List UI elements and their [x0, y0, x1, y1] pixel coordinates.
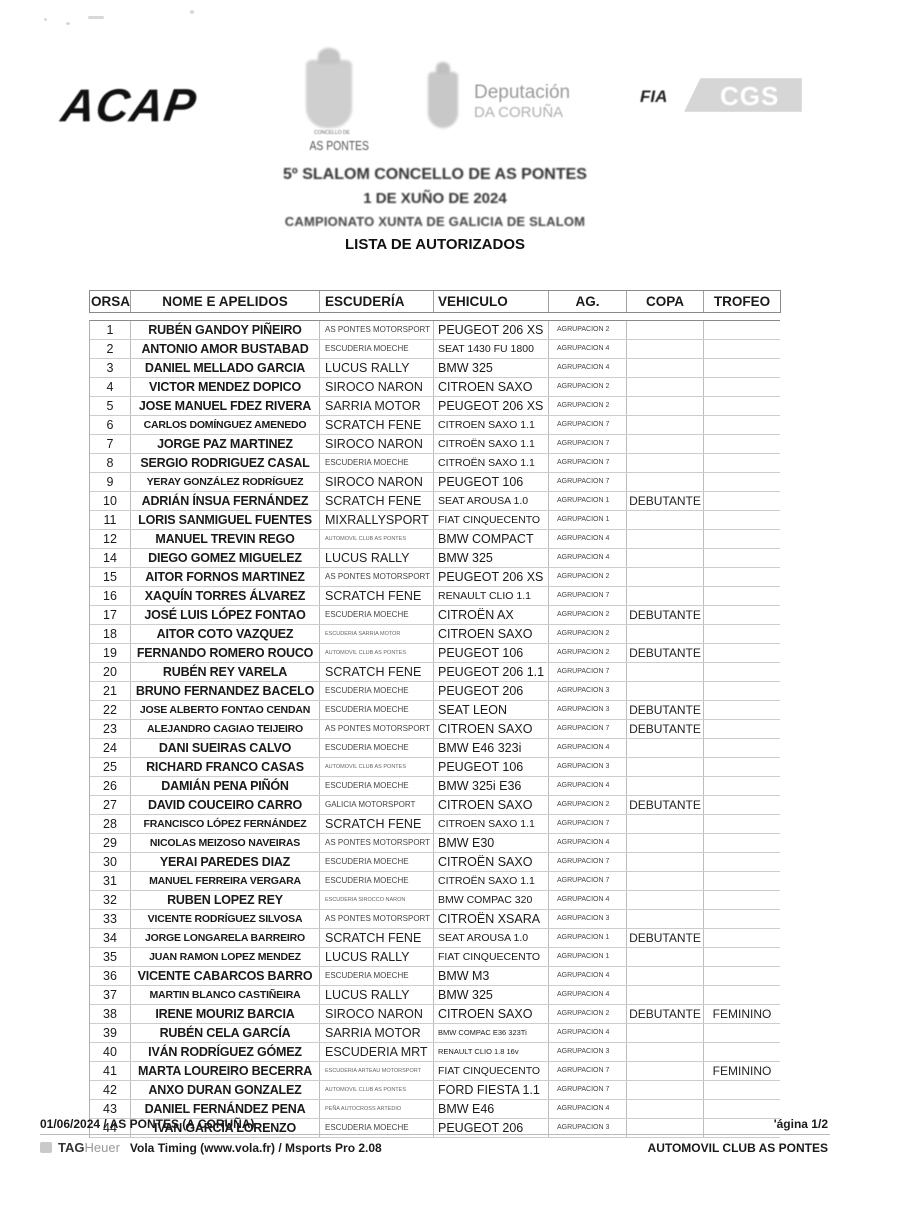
cell-group: AGRUPACION 4 — [549, 1100, 627, 1118]
cell-name: SERGIO RODRIGUEZ CASAL — [131, 454, 320, 472]
cell-vehicle: BMW 325 — [434, 359, 549, 377]
cell-orsa: 2 — [90, 340, 131, 358]
cell-vehicle: SEAT LEON — [434, 701, 549, 719]
cell-orsa: 15 — [90, 568, 131, 586]
cell-team: AS PONTES MOTORSPORT — [320, 321, 434, 339]
cell-team: ESCUDERIA MRT — [320, 1043, 434, 1061]
cell-trofeo — [704, 872, 780, 890]
cell-orsa: 24 — [90, 739, 131, 757]
cell-orsa: 18 — [90, 625, 131, 643]
cell-orsa: 34 — [90, 929, 131, 947]
cell-trofeo — [704, 967, 780, 985]
cell-name: LORIS SANMIGUEL FUENTES — [131, 511, 320, 529]
cell-team: ESCUDERIA MOECHE — [320, 701, 434, 719]
cell-team: ESCUDERIA MOECHE — [320, 340, 434, 358]
cell-team: LUCUS RALLY — [320, 359, 434, 377]
cell-group: AGRUPACION 7 — [549, 473, 627, 491]
cell-name: CARLOS DOMÍNGUEZ AMENEDO — [131, 416, 320, 434]
cell-orsa: 27 — [90, 796, 131, 814]
cell-team: LUCUS RALLY — [320, 986, 434, 1004]
table-row: 27DAVID COUCEIRO CARROGALICIA MOTORSPORT… — [90, 796, 780, 815]
deputacion-crest-icon — [428, 72, 458, 128]
cell-copa — [627, 891, 704, 909]
cell-vehicle: CITROËN SAXO 1.1 — [434, 435, 549, 453]
cell-team: SIROCO NARON — [320, 1005, 434, 1023]
cell-trofeo — [704, 1081, 780, 1099]
cell-group: AGRUPACION 2 — [549, 397, 627, 415]
table-row: 32RUBEN LOPEZ REYESCUDERIA SIROCCO NARON… — [90, 891, 780, 910]
scan-speck — [44, 18, 47, 21]
table-row: 5JOSE MANUEL FDEZ RIVERASARRIA MOTORPEUG… — [90, 397, 780, 416]
cell-name: ALEJANDRO CAGIAO TEIJEIRO — [131, 720, 320, 738]
cell-vehicle: CITROËN SAXO 1.1 — [434, 872, 549, 890]
cell-team: SIROCO NARON — [320, 378, 434, 396]
cell-vehicle: BMW E46 323i — [434, 739, 549, 757]
cell-trofeo — [704, 1024, 780, 1042]
cell-name: YERAI PAREDES DIAZ — [131, 853, 320, 871]
table-row: 40IVÁN RODRÍGUEZ GÓMEZESCUDERIA MRTRENAU… — [90, 1043, 780, 1062]
cell-name: DANIEL FERNÁNDEZ PENA — [131, 1100, 320, 1118]
cell-copa — [627, 359, 704, 377]
cell-trofeo — [704, 701, 780, 719]
cell-vehicle: SEAT AROUSA 1.0 — [434, 929, 549, 947]
cell-copa — [627, 416, 704, 434]
footer-date-place: 01/06/2024 / AS PONTES (A CORUÑA) — [40, 1117, 255, 1131]
footer-club: AUTOMOVIL CLUB AS PONTES — [648, 1141, 828, 1155]
cell-orsa: 39 — [90, 1024, 131, 1042]
table-row: 2ANTONIO AMOR BUSTABADESCUDERIA MOECHESE… — [90, 340, 780, 359]
cell-name: IRENE MOURIZ BARCIA — [131, 1005, 320, 1023]
cell-orsa: 3 — [90, 359, 131, 377]
cell-name: AITOR COTO VAZQUEZ — [131, 625, 320, 643]
cell-orsa: 43 — [90, 1100, 131, 1118]
cell-group: AGRUPACION 7 — [549, 872, 627, 890]
cell-group: AGRUPACION 7 — [549, 416, 627, 434]
cell-orsa: 37 — [90, 986, 131, 1004]
cell-team: ESCUDERIA SIROCCO NARON — [320, 891, 434, 909]
cell-copa: DEBUTANTE — [627, 606, 704, 624]
cell-team: ESCUDERIA MOECHE — [320, 682, 434, 700]
cell-trofeo — [704, 739, 780, 757]
cell-trofeo — [704, 758, 780, 776]
cell-copa — [627, 454, 704, 472]
cell-vehicle: CITROËN XSARA — [434, 910, 549, 928]
cell-copa — [627, 1100, 704, 1118]
cell-group: AGRUPACION 7 — [549, 435, 627, 453]
cell-vehicle: CITROEN SAXO 1.1 — [434, 416, 549, 434]
cell-copa: DEBUTANTE — [627, 492, 704, 510]
cell-trofeo — [704, 549, 780, 567]
table-row: 9YERAY GONZÁLEZ RODRÍGUEZSIROCO NARONPEU… — [90, 473, 780, 492]
cell-vehicle: CITROËN AX — [434, 606, 549, 624]
cell-orsa: 17 — [90, 606, 131, 624]
header-vehicle: VEHICULO — [434, 291, 549, 312]
cell-team: SIROCO NARON — [320, 473, 434, 491]
cell-group: AGRUPACION 3 — [549, 1043, 627, 1061]
tag-bold: TAG — [58, 1140, 84, 1155]
cell-team: ESCUDERIA ARTEAU MOTORSPORT — [320, 1062, 434, 1080]
cell-team: AUTOMOVIL CLUB AS PONTES — [320, 1081, 434, 1099]
cell-vehicle: PEUGEOT 206 XS — [434, 321, 549, 339]
cell-group: AGRUPACION 2 — [549, 625, 627, 643]
cell-trofeo — [704, 568, 780, 586]
cell-copa — [627, 321, 704, 339]
cell-orsa: 26 — [90, 777, 131, 795]
cell-team: SCRATCH FENE — [320, 815, 434, 833]
cell-copa — [627, 910, 704, 928]
entries-table: 1RUBÉN GANDOY PIÑEIROAS PONTES MOTORSPOR… — [89, 320, 780, 1138]
cell-trofeo — [704, 587, 780, 605]
acap-logo: ACAP — [58, 78, 200, 132]
cell-orsa: 14 — [90, 549, 131, 567]
cell-team: SCRATCH FENE — [320, 663, 434, 681]
cell-orsa: 4 — [90, 378, 131, 396]
cell-orsa: 25 — [90, 758, 131, 776]
cell-vehicle: CITROEN SAXO 1.1 — [434, 815, 549, 833]
cell-team: SIROCO NARON — [320, 435, 434, 453]
cell-group: AGRUPACION 1 — [549, 929, 627, 947]
event-date: 1 DE XUÑO DE 2024 — [0, 190, 870, 214]
cell-group: AGRUPACION 4 — [549, 967, 627, 985]
table-row: 18AITOR COTO VAZQUEZESCUDERIA SARRIA MOT… — [90, 625, 780, 644]
cell-vehicle: RENAULT CLIO 1.1 — [434, 587, 549, 605]
cell-team: ESCUDERIA MOECHE — [320, 606, 434, 624]
cell-vehicle: RENAULT CLIO 1.8 16v — [434, 1043, 549, 1061]
cell-group: AGRUPACION 2 — [549, 321, 627, 339]
cell-vehicle: BMW COMPAC E36 323Ti — [434, 1024, 549, 1042]
cell-trofeo — [704, 815, 780, 833]
cell-orsa: 11 — [90, 511, 131, 529]
table-row: 28FRANCISCO LÓPEZ FERNÁNDEZSCRATCH FENEC… — [90, 815, 780, 834]
cell-trofeo — [704, 435, 780, 453]
cell-team: ESCUDERIA MOECHE — [320, 739, 434, 757]
cell-trofeo — [704, 416, 780, 434]
cell-group: AGRUPACION 2 — [549, 1005, 627, 1023]
cell-copa — [627, 340, 704, 358]
cell-team: LUCUS RALLY — [320, 549, 434, 567]
cell-orsa: 23 — [90, 720, 131, 738]
cell-name: RUBÉN REY VARELA — [131, 663, 320, 681]
cell-vehicle: FIAT CINQUECENTO — [434, 511, 549, 529]
cell-trofeo — [704, 853, 780, 871]
cell-vehicle: BMW E46 — [434, 1100, 549, 1118]
cell-name: JORGE PAZ MARTINEZ — [131, 435, 320, 453]
cell-group: AGRUPACION 1 — [549, 948, 627, 966]
cell-copa: DEBUTANTE — [627, 720, 704, 738]
cell-name: ANXO DURAN GONZALEZ — [131, 1081, 320, 1099]
cell-copa — [627, 397, 704, 415]
scan-speck — [190, 10, 194, 14]
cell-vehicle: SEAT AROUSA 1.0 — [434, 492, 549, 510]
cell-group: AGRUPACION 4 — [549, 549, 627, 567]
cell-group: AGRUPACION 1 — [549, 492, 627, 510]
cell-copa — [627, 549, 704, 567]
cell-vehicle: CITROËN SAXO 1.1 — [434, 454, 549, 472]
cell-group: AGRUPACION 7 — [549, 853, 627, 871]
cell-copa — [627, 378, 704, 396]
cell-name: MARTIN BLANCO CASTIÑEIRA — [131, 986, 320, 1004]
cell-trofeo: FEMININO — [704, 1062, 780, 1080]
table-row: 23ALEJANDRO CAGIAO TEIJEIROAS PONTES MOT… — [90, 720, 780, 739]
cell-team: AS PONTES MOTORSPORT — [320, 834, 434, 852]
cell-vehicle: CITROEN SAXO — [434, 378, 549, 396]
deputacion-logo-line2: DA CORUÑA — [474, 104, 563, 121]
table-row: 35JUAN RAMON LOPEZ MENDEZLUCUS RALLYFIAT… — [90, 948, 780, 967]
cell-name: DAMIÁN PENA PIÑÓN — [131, 777, 320, 795]
cell-group: AGRUPACION 7 — [549, 1062, 627, 1080]
cell-orsa: 33 — [90, 910, 131, 928]
cell-trofeo — [704, 340, 780, 358]
table-row: 41MARTA LOUREIRO BECERRAESCUDERIA ARTEAU… — [90, 1062, 780, 1081]
cell-group: AGRUPACION 4 — [549, 530, 627, 548]
cell-team: ESCUDERIA MOECHE — [320, 454, 434, 472]
cell-team: PEÑA AUTOCROSS ARTEDIO — [320, 1100, 434, 1118]
cell-trofeo — [704, 321, 780, 339]
cell-name: JORGE LONGARELA BARREIRO — [131, 929, 320, 947]
cell-group: AGRUPACION 3 — [549, 682, 627, 700]
footer-page-number: 'ágina 1/2 — [774, 1117, 828, 1131]
footer-divider — [40, 1134, 830, 1135]
table-row: 3DANIEL MELLADO GARCIALUCUS RALLYBMW 325… — [90, 359, 780, 378]
cell-team: AS PONTES MOTORSPORT — [320, 910, 434, 928]
cell-team: ESCUDERIA MOECHE — [320, 872, 434, 890]
table-row: 39RUBÉN CELA GARCÍASARRIA MOTORBMW COMPA… — [90, 1024, 780, 1043]
scan-speck — [88, 16, 104, 19]
cell-name: ANTONIO AMOR BUSTABAD — [131, 340, 320, 358]
cell-group: AGRUPACION 4 — [549, 986, 627, 1004]
cell-copa — [627, 682, 704, 700]
cell-copa — [627, 758, 704, 776]
cell-name: DANI SUEIRAS CALVO — [131, 739, 320, 757]
document-titles: 5º SLALOM CONCELLO DE AS PONTES 1 DE XUÑ… — [0, 163, 870, 260]
as-pontes-crest-icon — [306, 60, 352, 128]
cell-trofeo — [704, 910, 780, 928]
table-row: 12MANUEL TREVIN REGOAUTOMOVIL CLUB AS PO… — [90, 530, 780, 549]
cell-team: LUCUS RALLY — [320, 948, 434, 966]
cell-vehicle: BMW E30 — [434, 834, 549, 852]
concello-caption: AS PONTES — [309, 138, 369, 153]
table-row: 14DIEGO GOMEZ MIGUELEZLUCUS RALLYBMW 325… — [90, 549, 780, 568]
cell-orsa: 21 — [90, 682, 131, 700]
cell-name: MANUEL FERREIRA VERGARA — [131, 872, 320, 890]
cell-trofeo — [704, 625, 780, 643]
cell-vehicle: CITROEN SAXO — [434, 625, 549, 643]
cell-name: MANUEL TREVIN REGO — [131, 530, 320, 548]
cell-trofeo: FEMININO — [704, 1005, 780, 1023]
cell-copa — [627, 1043, 704, 1061]
cell-copa — [627, 986, 704, 1004]
cell-group: AGRUPACION 4 — [549, 739, 627, 757]
event-title: 5º SLALOM CONCELLO DE AS PONTES — [0, 166, 870, 190]
cell-group: AGRUPACION 7 — [549, 1081, 627, 1099]
header-copa: COPA — [627, 291, 704, 312]
cell-orsa: 6 — [90, 416, 131, 434]
cell-group: AGRUPACION 7 — [549, 663, 627, 681]
cell-orsa: 8 — [90, 454, 131, 472]
cell-orsa: 20 — [90, 663, 131, 681]
cell-vehicle: PEUGEOT 206 XS — [434, 397, 549, 415]
cell-copa — [627, 568, 704, 586]
table-row: 22JOSE ALBERTO FONTAO CENDANESCUDERIA MO… — [90, 701, 780, 720]
table-row: 37MARTIN BLANCO CASTIÑEIRALUCUS RALLYBMW… — [90, 986, 780, 1005]
cell-name: DAVID COUCEIRO CARRO — [131, 796, 320, 814]
scan-speck — [66, 22, 70, 25]
table-row: 25RICHARD FRANCO CASASAUTOMOVIL CLUB AS … — [90, 758, 780, 777]
cell-group: AGRUPACION 4 — [549, 891, 627, 909]
cell-vehicle: BMW COMPACT — [434, 530, 549, 548]
cell-group: AGRUPACION 3 — [549, 758, 627, 776]
cell-group: AGRUPACION 4 — [549, 340, 627, 358]
cell-orsa: 7 — [90, 435, 131, 453]
table-row: 33VICENTE RODRÍGUEZ SILVOSAAS PONTES MOT… — [90, 910, 780, 929]
cell-trofeo — [704, 511, 780, 529]
cell-vehicle: FORD FIESTA 1.1 — [434, 1081, 549, 1099]
cell-team: ESCUDERIA MOECHE — [320, 967, 434, 985]
cell-trofeo — [704, 777, 780, 795]
table-row: 42ANXO DURAN GONZALEZAUTOMOVIL CLUB AS P… — [90, 1081, 780, 1100]
cgs-logo: CGS — [684, 78, 802, 112]
cell-vehicle: PEUGEOT 206 — [434, 682, 549, 700]
cell-copa — [627, 1062, 704, 1080]
deputacion-logo-line1: Deputación — [474, 82, 570, 104]
cell-trofeo — [704, 454, 780, 472]
cell-name: XAQUÍN TORRES ÁLVAREZ — [131, 587, 320, 605]
cell-group: AGRUPACION 2 — [549, 378, 627, 396]
table-row: 19FERNANDO ROMERO ROUCOAUTOMOVIL CLUB AS… — [90, 644, 780, 663]
cell-group: AGRUPACION 7 — [549, 815, 627, 833]
concello-caption-small: CONCELLO DE — [314, 130, 350, 136]
cell-name: AITOR FORNOS MARTINEZ — [131, 568, 320, 586]
table-row: 34JORGE LONGARELA BARREIROSCRATCH FENESE… — [90, 929, 780, 948]
cell-trofeo — [704, 720, 780, 738]
cell-vehicle: CITROEN SAXO — [434, 720, 549, 738]
header-trofeo: TROFEO — [704, 291, 780, 312]
header-orsa: ORSA — [90, 291, 131, 312]
cell-copa — [627, 967, 704, 985]
cell-copa — [627, 511, 704, 529]
cell-group: AGRUPACION 4 — [549, 834, 627, 852]
cell-vehicle: BMW 325 — [434, 986, 549, 1004]
cell-vehicle: PEUGEOT 206 1.1 — [434, 663, 549, 681]
cell-copa — [627, 473, 704, 491]
cell-name: RUBEN LOPEZ REY — [131, 891, 320, 909]
cell-copa: DEBUTANTE — [627, 1005, 704, 1023]
cell-name: JOSE ALBERTO FONTAO CENDAN — [131, 701, 320, 719]
cell-name: VICENTE RODRÍGUEZ SILVOSA — [131, 910, 320, 928]
cell-vehicle: BMW M3 — [434, 967, 549, 985]
cell-group: AGRUPACION 4 — [549, 359, 627, 377]
cell-team: AUTOMOVIL CLUB AS PONTES — [320, 644, 434, 662]
cell-name: ADRIÁN ÍNSUA FERNÁNDEZ — [131, 492, 320, 510]
cell-group: AGRUPACION 3 — [549, 910, 627, 928]
table-row: 29NICOLAS MEIZOSO NAVEIRASAS PONTES MOTO… — [90, 834, 780, 853]
cell-copa: DEBUTANTE — [627, 644, 704, 662]
cell-vehicle: BMW 325i E36 — [434, 777, 549, 795]
cell-group: AGRUPACION 4 — [549, 777, 627, 795]
sponsor-logos: ACAP CONCELLO DE AS PONTES Deputación DA… — [0, 40, 914, 170]
timing-software: Vola Timing (www.vola.fr) / Msports Pro … — [130, 1141, 382, 1155]
cell-copa — [627, 777, 704, 795]
cell-trofeo — [704, 644, 780, 662]
table-row: 16XAQUÍN TORRES ÁLVAREZSCRATCH FENERENAU… — [90, 587, 780, 606]
table-row: 20RUBÉN REY VARELASCRATCH FENEPEUGEOT 20… — [90, 663, 780, 682]
cell-trofeo — [704, 359, 780, 377]
cell-copa — [627, 815, 704, 833]
table-row: 10ADRIÁN ÍNSUA FERNÁNDEZSCRATCH FENESEAT… — [90, 492, 780, 511]
cell-trofeo — [704, 473, 780, 491]
table-row: 11LORIS SANMIGUEL FUENTESMIXRALLYSPORTFI… — [90, 511, 780, 530]
table-row: 4VICTOR MENDEZ DOPICOSIROCO NARONCITROEN… — [90, 378, 780, 397]
cell-name: RUBÉN GANDOY PIÑEIRO — [131, 321, 320, 339]
table-row: 36VICENTE CABARCOS BARROESCUDERIA MOECHE… — [90, 967, 780, 986]
cell-orsa: 29 — [90, 834, 131, 852]
cell-trofeo — [704, 1043, 780, 1061]
cell-orsa: 42 — [90, 1081, 131, 1099]
cell-trofeo — [704, 948, 780, 966]
cell-group: AGRUPACION 1 — [549, 511, 627, 529]
cell-copa — [627, 663, 704, 681]
cell-team: SARRIA MOTOR — [320, 1024, 434, 1042]
cell-name: YERAY GONZÁLEZ RODRÍGUEZ — [131, 473, 320, 491]
cell-trofeo — [704, 986, 780, 1004]
championship-title: CAMPIONATO XUNTA DE GALICIA DE SLALOM — [0, 214, 870, 236]
cell-group: AGRUPACION 7 — [549, 720, 627, 738]
cell-copa: DEBUTANTE — [627, 796, 704, 814]
cell-orsa: 32 — [90, 891, 131, 909]
cell-team: SCRATCH FENE — [320, 492, 434, 510]
cell-team: AS PONTES MOTORSPORT — [320, 720, 434, 738]
cell-team: AUTOMOVIL CLUB AS PONTES — [320, 758, 434, 776]
header-team: ESCUDERÍA — [320, 291, 434, 312]
cell-team: GALICIA MOTORSPORT — [320, 796, 434, 814]
cell-copa — [627, 872, 704, 890]
cell-orsa: 9 — [90, 473, 131, 491]
cell-team: AUTOMOVIL CLUB AS PONTES — [320, 530, 434, 548]
fia-logo: FIA — [640, 87, 667, 107]
cell-vehicle: FIAT CINQUECENTO — [434, 1062, 549, 1080]
cell-trofeo — [704, 834, 780, 852]
tag-light: Heuer — [84, 1140, 119, 1155]
cell-vehicle: FIAT CINQUECENTO — [434, 948, 549, 966]
table-row: 6CARLOS DOMÍNGUEZ AMENEDOSCRATCH FENECIT… — [90, 416, 780, 435]
list-title: LISTA DE AUTORIZADOS — [0, 236, 870, 260]
cell-orsa: 10 — [90, 492, 131, 510]
header-name: NOME E APELIDOS — [131, 291, 320, 312]
cell-vehicle: PEUGEOT 106 — [434, 473, 549, 491]
cell-name: FERNANDO ROMERO ROUCO — [131, 644, 320, 662]
cell-vehicle: PEUGEOT 106 — [434, 758, 549, 776]
cell-copa — [627, 1024, 704, 1042]
cell-copa — [627, 948, 704, 966]
cell-team: AS PONTES MOTORSPORT — [320, 568, 434, 586]
cell-vehicle: PEUGEOT 206 XS — [434, 568, 549, 586]
cell-copa: DEBUTANTE — [627, 701, 704, 719]
cell-orsa: 35 — [90, 948, 131, 966]
cell-trofeo — [704, 606, 780, 624]
cell-name: MARTA LOUREIRO BECERRA — [131, 1062, 320, 1080]
cell-orsa: 41 — [90, 1062, 131, 1080]
cell-group: AGRUPACION 2 — [549, 568, 627, 586]
cell-trofeo — [704, 378, 780, 396]
cell-team: ESCUDERIA SARRIA MOTOR — [320, 625, 434, 643]
cell-trofeo — [704, 796, 780, 814]
cell-team: SCRATCH FENE — [320, 587, 434, 605]
cell-name: NICOLAS MEIZOSO NAVEIRAS — [131, 834, 320, 852]
cell-orsa: 28 — [90, 815, 131, 833]
cell-vehicle: PEUGEOT 106 — [434, 644, 549, 662]
cell-trofeo — [704, 663, 780, 681]
table-row: 1RUBÉN GANDOY PIÑEIROAS PONTES MOTORSPOR… — [90, 321, 780, 340]
